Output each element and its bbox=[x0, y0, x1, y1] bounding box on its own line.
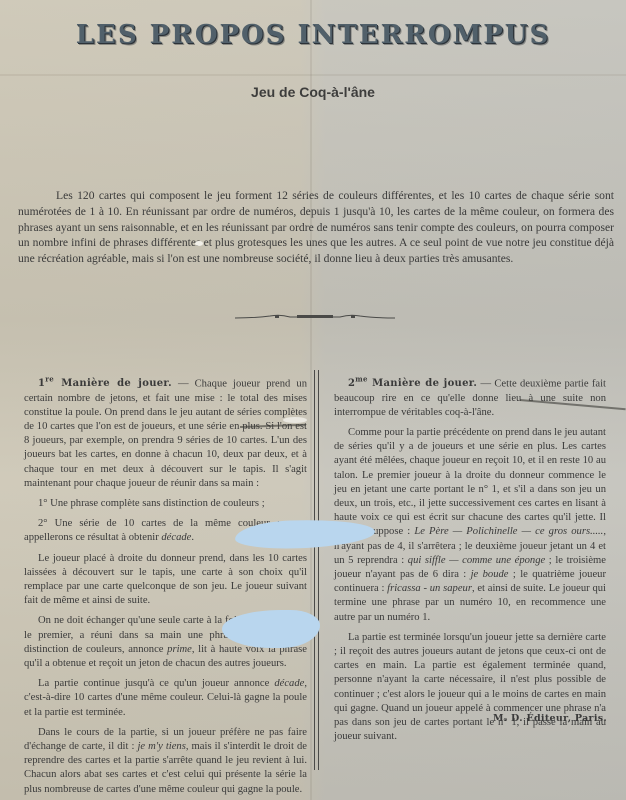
left-heading: 1re Manière de jouer. bbox=[38, 378, 172, 389]
left-para-1: 1re Manière de jouer. — Chaque joueur pr… bbox=[24, 373, 307, 491]
right-column: 2me Manière de jouer. — Cette deuxième p… bbox=[334, 373, 606, 750]
left-column: 1re Manière de jouer. — Chaque joueur pr… bbox=[24, 373, 307, 800]
left-para-4: Le joueur placé à droite du donneur pren… bbox=[24, 552, 307, 609]
paper-tear-mark bbox=[195, 241, 203, 246]
paper-fold-horizontal bbox=[0, 74, 626, 76]
right-para-1: 2me Manière de jouer. — Cette deuxième p… bbox=[334, 373, 606, 420]
intro-paragraph: Les 120 cartes qui composent le jeu form… bbox=[18, 188, 614, 267]
paper-fold-vertical bbox=[310, 0, 312, 800]
left-para-7: Dans le cours de la partie, si un joueur… bbox=[24, 726, 307, 797]
right-para-2: Comme pour la partie précédente on prend… bbox=[334, 426, 606, 625]
left-para-6: La partie continue jusqu'à ce qu'un joue… bbox=[24, 677, 307, 720]
right-para-3: La partie est terminée lorsqu'un joueur … bbox=[334, 631, 606, 745]
decorative-rule-icon bbox=[235, 313, 395, 321]
document-title: LES PROPOS INTERROMPUS bbox=[0, 20, 626, 50]
document-subtitle: Jeu de Coq-à-l'âne bbox=[0, 84, 626, 100]
left-para-2: 1° Une phrase complète sans distinction … bbox=[24, 497, 307, 511]
paper-tear-mark bbox=[283, 417, 307, 423]
paper-tear-hole bbox=[222, 610, 320, 648]
column-divider bbox=[314, 370, 319, 770]
right-heading: 2me Manière de jouer. bbox=[348, 378, 477, 389]
publisher-signature: M. D. Éditeur, Paris. bbox=[493, 713, 607, 724]
